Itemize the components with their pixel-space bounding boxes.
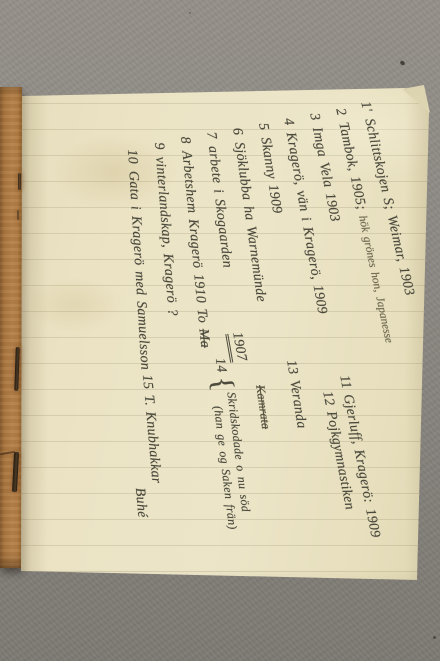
item-number: 1' (357, 100, 374, 114)
notebook-cover (0, 87, 22, 568)
item-number: 2 (332, 107, 348, 117)
item-number: 9 (151, 142, 167, 150)
dust-speck (189, 12, 191, 14)
item-number: 14 (212, 357, 229, 373)
photo-of-notebook: { "notebook": { "items": [ {"label": "1'… (0, 0, 440, 661)
item-number: 5 (255, 122, 271, 132)
stitch-mark (18, 173, 21, 190)
item-number: 7 (203, 131, 219, 140)
item-number: 8 (177, 136, 193, 145)
item-number: 4 (280, 117, 296, 127)
page-shading (0, 0, 440, 661)
stitch-mark (17, 210, 19, 220)
dust-speck (433, 636, 436, 639)
item-number: 3 (306, 112, 322, 122)
notebook-page: 1'Schlittskojen S; Weimar, 1903 2Tambok,… (0, 0, 440, 661)
cover-texture (0, 87, 22, 568)
item-number: 10 (124, 149, 140, 164)
item-number: 6 (229, 127, 245, 136)
struck-word: Ma (196, 328, 213, 349)
